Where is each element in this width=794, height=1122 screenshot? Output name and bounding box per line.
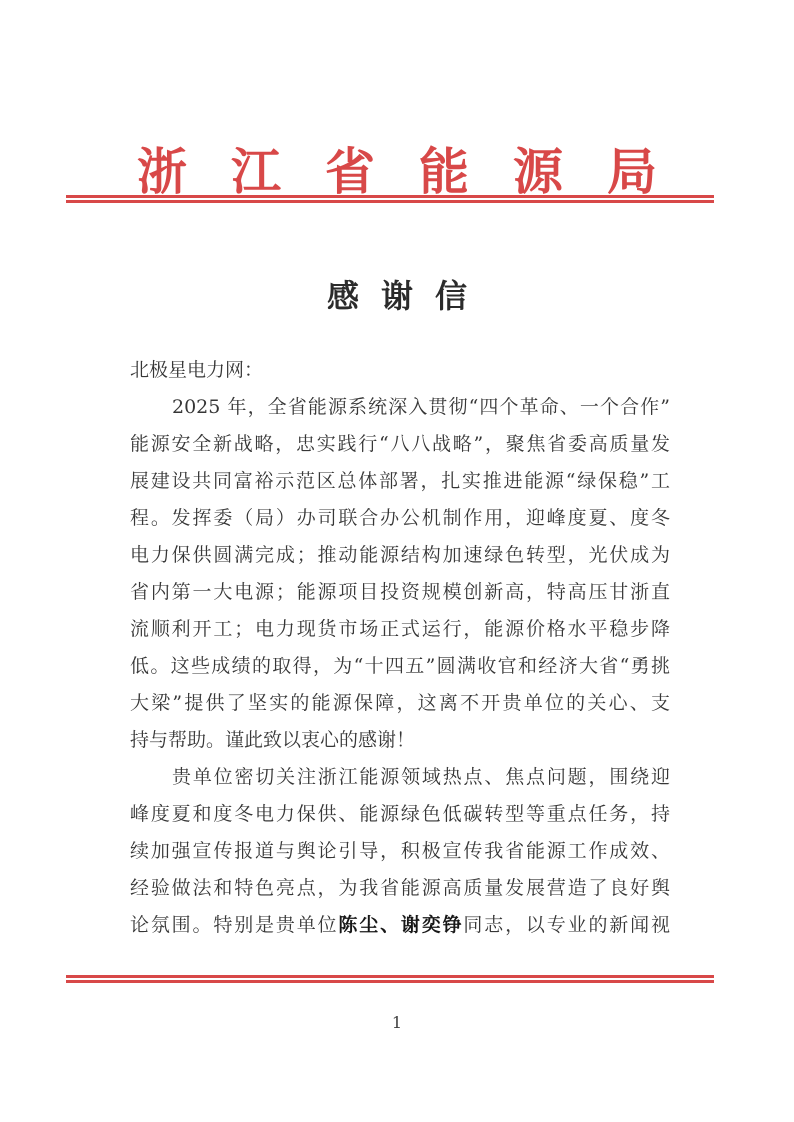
- body-line-text: 大梁”提供了坚实的能源保障，这离不开贵单位的关心、支: [130, 692, 670, 714]
- body-line-text: 经验做法和特色亮点，为我省能源高质量发展营造了良好舆: [130, 877, 670, 899]
- body-line-text: 贵单位密切关注浙江能源领域热点、焦点问题，围绕迎: [172, 766, 670, 788]
- page-number: 1: [0, 1013, 794, 1032]
- letterhead-divider-bottom-bar: [66, 200, 714, 203]
- body-line-text: 能源安全新战略，忠实践行“八八战略”，聚焦省委高质量发: [130, 433, 670, 455]
- footer-divider: [66, 975, 714, 983]
- body-line: 电力保供圆满完成；推动能源结构加速绿色转型，光伏成为: [130, 537, 670, 574]
- body-line-text: 省内第一大电源；能源项目投资规模创新高，特高压甘浙直: [130, 581, 670, 603]
- body-line: 流顺利开工；电力现货市场正式运行，能源价格水平稳步降: [130, 611, 670, 648]
- body-line-text: 持与帮助。谨此致以衷心的感谢！: [130, 729, 415, 751]
- body-line-text: 2025 年，全省能源系统深入贯彻“四个革命、一个合作”: [172, 396, 670, 418]
- body-line: 贵单位密切关注浙江能源领域热点、焦点问题，围绕迎: [130, 759, 670, 796]
- body-line-text: 同志，以专业的新闻视: [463, 914, 670, 936]
- salutation: 北极星电力网：: [130, 352, 670, 389]
- body-line-text: 峰度夏和度冬电力保供、能源绿色低碳转型等重点任务，持: [130, 803, 670, 825]
- body-line-text: 电力保供圆满完成；推动能源结构加速绿色转型，光伏成为: [130, 544, 670, 566]
- letter-title: 感谢信: [0, 271, 794, 317]
- body-line-text: 论氛围。特别是贵单位: [130, 914, 338, 936]
- letter-page: 浙江省能源局 感谢信 北极星电力网： 2025 年，全省能源系统深入贯彻“四个革…: [0, 0, 794, 1122]
- body-line: 程。发挥委（局）办司联合办公机制作用，迎峰度夏、度冬: [130, 500, 670, 537]
- body-line: 低。这些成绩的取得，为“十四五”圆满收官和经济大省“勇挑: [130, 648, 670, 685]
- body-line: 能源安全新战略，忠实践行“八八战略”，聚焦省委高质量发: [130, 426, 670, 463]
- body-line-text: 续加强宣传报道与舆论引导，积极宣传我省能源工作成效、: [130, 840, 670, 862]
- footer-divider-bottom-bar: [66, 980, 714, 983]
- body-line: 大梁”提供了坚实的能源保障，这离不开贵单位的关心、支: [130, 685, 670, 722]
- body-line: 持与帮助。谨此致以衷心的感谢！: [130, 722, 670, 759]
- highlighted-names: 陈尘、谢奕铮: [338, 914, 463, 936]
- body-line: 论氛围。特别是贵单位陈尘、谢奕铮同志，以专业的新闻视: [130, 907, 670, 944]
- letterhead-org-name: 浙江省能源局: [0, 132, 794, 204]
- body-line-text: 程。发挥委（局）办司联合办公机制作用，迎峰度夏、度冬: [130, 507, 670, 529]
- body-line: 省内第一大电源；能源项目投资规模创新高，特高压甘浙直: [130, 574, 670, 611]
- body-line-text: 低。这些成绩的取得，为“十四五”圆满收官和经济大省“勇挑: [130, 655, 670, 677]
- body-line-text: 展建设共同富裕示范区总体部署，扎实推进能源“绿保稳”工: [130, 470, 670, 492]
- body-line: 经验做法和特色亮点，为我省能源高质量发展营造了良好舆: [130, 870, 670, 907]
- body-line: 展建设共同富裕示范区总体部署，扎实推进能源“绿保稳”工: [130, 463, 670, 500]
- body-line: 峰度夏和度冬电力保供、能源绿色低碳转型等重点任务，持: [130, 796, 670, 833]
- body-paragraph-lines: 2025 年，全省能源系统深入贯彻“四个革命、一个合作”能源安全新战略，忠实践行…: [130, 389, 670, 944]
- body-line: 续加强宣传报道与舆论引导，积极宣传我省能源工作成效、: [130, 833, 670, 870]
- letter-body: 北极星电力网： 2025 年，全省能源系统深入贯彻“四个革命、一个合作”能源安全…: [130, 352, 670, 944]
- letterhead-divider: [66, 195, 714, 203]
- body-line: 2025 年，全省能源系统深入贯彻“四个革命、一个合作”: [130, 389, 670, 426]
- body-line-text: 流顺利开工；电力现货市场正式运行，能源价格水平稳步降: [130, 618, 670, 640]
